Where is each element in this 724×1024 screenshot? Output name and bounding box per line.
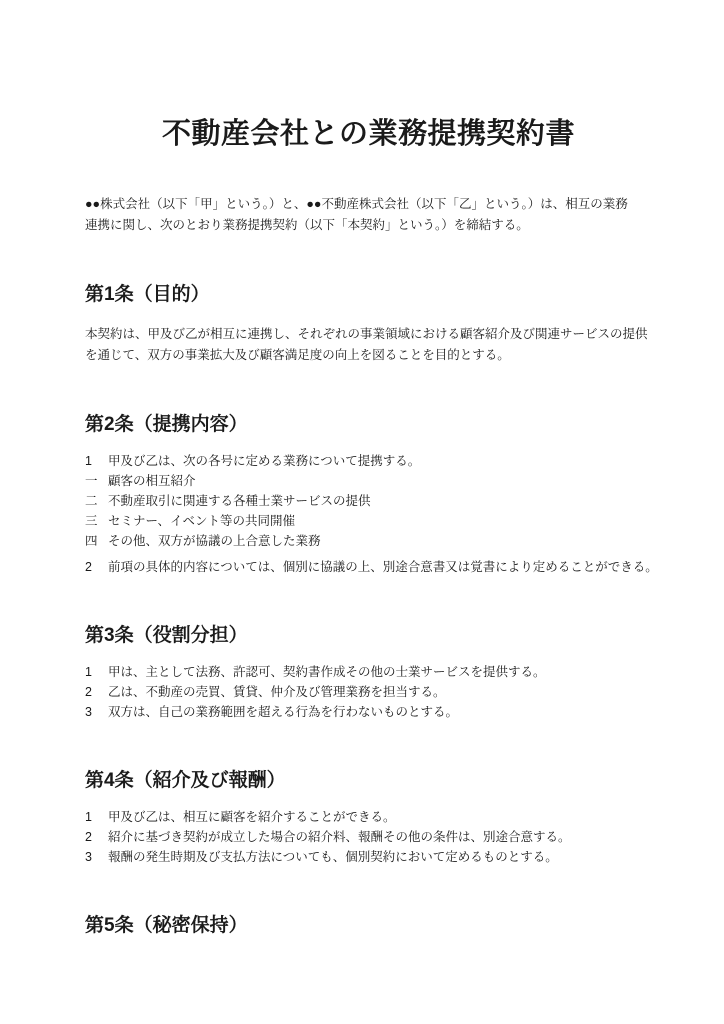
article-2: 第2条（提携内容） 1 甲及び乙は、次の各号に定める業務について提携する。 一 … <box>85 412 652 577</box>
clause-row: 四 その他、双方が協議の上合意した業務 <box>85 531 652 551</box>
article-2-heading: 第2条（提携内容） <box>85 412 652 438</box>
article-4-clause-list: 1 甲及び乙は、相互に顧客を紹介することができる。 2 紹介に基づき契約が成立し… <box>85 807 652 867</box>
clause-row: 2 乙は、不動産の売買、賃貸、仲介及び管理業務を担当する。 <box>85 682 652 702</box>
article-3-heading: 第3条（役割分担） <box>85 623 652 649</box>
clause-text: 報酬の発生時期及び支払方法についても、個別契約において定めるものとする。 <box>108 847 652 867</box>
clause-text: 不動産取引に関連する各種士業サービスの提供 <box>108 491 652 511</box>
clause-number: 三 <box>85 511 108 531</box>
article-5-heading: 第5条（秘密保持） <box>85 913 652 939</box>
article-1-heading: 第1条（目的） <box>85 282 652 308</box>
clause-text: 甲及び乙は、次の各号に定める業務について提携する。 <box>108 451 652 471</box>
clause-number: 2 <box>85 682 108 702</box>
clause-row: 1 甲及び乙は、次の各号に定める業務について提携する。 <box>85 451 652 471</box>
clause-number: 3 <box>85 847 108 867</box>
clause-text: 紹介に基づき契約が成立した場合の紹介料、報酬その他の条件は、別途合意する。 <box>108 827 652 847</box>
article-4: 第4条（紹介及び報酬） 1 甲及び乙は、相互に顧客を紹介することができる。 2 … <box>85 768 652 867</box>
article-1-body-line-2: を通じて、双方の事業拡大及び顧客満足度の向上を図ることを目的とする。 <box>85 345 652 366</box>
clause-row: 1 甲及び乙は、相互に顧客を紹介することができる。 <box>85 807 652 827</box>
intro-line-1: ●●株式会社（以下「甲」という。）と、●●不動産株式会社（以下「乙」という。）は… <box>85 194 652 215</box>
article-5: 第5条（秘密保持） <box>85 913 652 939</box>
clause-number: 一 <box>85 471 108 491</box>
clause-number: 二 <box>85 491 108 511</box>
article-3: 第3条（役割分担） 1 甲は、主として法務、許認可、契約書作成その他の士業サービ… <box>85 623 652 722</box>
clause-row: 1 甲は、主として法務、許認可、契約書作成その他の士業サービスを提供する。 <box>85 662 652 682</box>
document-title: 不動産会社との業務提携契約書 <box>85 113 652 155</box>
clause-row: 3 報酬の発生時期及び支払方法についても、個別契約において定めるものとする。 <box>85 847 652 867</box>
clause-text: 甲は、主として法務、許認可、契約書作成その他の士業サービスを提供する。 <box>108 662 652 682</box>
intro-line-2: 連携に関し、次のとおり業務提携契約（以下「本契約」という。）を締結する。 <box>85 215 652 236</box>
clause-text: 前項の具体的内容については、個別に協議の上、別途合意書又は覚書により定めることが… <box>108 557 658 577</box>
clause-number: 2 <box>85 557 108 577</box>
contract-document-page: 不動産会社との業務提携契約書 ●●株式会社（以下「甲」という。）と、●●不動産株… <box>0 0 724 1024</box>
clause-text: 顧客の相互紹介 <box>108 471 652 491</box>
intro-paragraph: ●●株式会社（以下「甲」という。）と、●●不動産株式会社（以下「乙」という。）は… <box>85 194 652 236</box>
article-2-clause-list: 1 甲及び乙は、次の各号に定める業務について提携する。 一 顧客の相互紹介 二 … <box>85 451 652 577</box>
clause-text: 乙は、不動産の売買、賃貸、仲介及び管理業務を担当する。 <box>108 682 652 702</box>
clause-text: その他、双方が協議の上合意した業務 <box>108 531 652 551</box>
clause-row: 三 セミナー、イベント等の共同開催 <box>85 511 652 531</box>
article-4-heading: 第4条（紹介及び報酬） <box>85 768 652 794</box>
clause-text: セミナー、イベント等の共同開催 <box>108 511 652 531</box>
article-1-body-line-1: 本契約は、甲及び乙が相互に連携し、それぞれの事業領域における顧客紹介及び関連サー… <box>85 324 652 345</box>
clause-number: 3 <box>85 702 108 722</box>
clause-row: 3 双方は、自己の業務範囲を超える行為を行わないものとする。 <box>85 702 652 722</box>
article-3-clause-list: 1 甲は、主として法務、許認可、契約書作成その他の士業サービスを提供する。 2 … <box>85 662 652 722</box>
clause-text: 甲及び乙は、相互に顧客を紹介することができる。 <box>108 807 652 827</box>
clause-number: 1 <box>85 451 108 471</box>
clause-row: 2 前項の具体的内容については、個別に協議の上、別途合意書又は覚書により定めるこ… <box>85 557 652 577</box>
clause-row: 2 紹介に基づき契約が成立した場合の紹介料、報酬その他の条件は、別途合意する。 <box>85 827 652 847</box>
clause-number: 1 <box>85 807 108 827</box>
clause-number: 四 <box>85 531 108 551</box>
clause-number: 1 <box>85 662 108 682</box>
clause-number: 2 <box>85 827 108 847</box>
clause-text: 双方は、自己の業務範囲を超える行為を行わないものとする。 <box>108 702 652 722</box>
clause-row: 二 不動産取引に関連する各種士業サービスの提供 <box>85 491 652 511</box>
clause-row: 一 顧客の相互紹介 <box>85 471 652 491</box>
article-1-body: 本契約は、甲及び乙が相互に連携し、それぞれの事業領域における顧客紹介及び関連サー… <box>85 324 652 366</box>
article-1: 第1条（目的） 本契約は、甲及び乙が相互に連携し、それぞれの事業領域における顧客… <box>85 282 652 366</box>
